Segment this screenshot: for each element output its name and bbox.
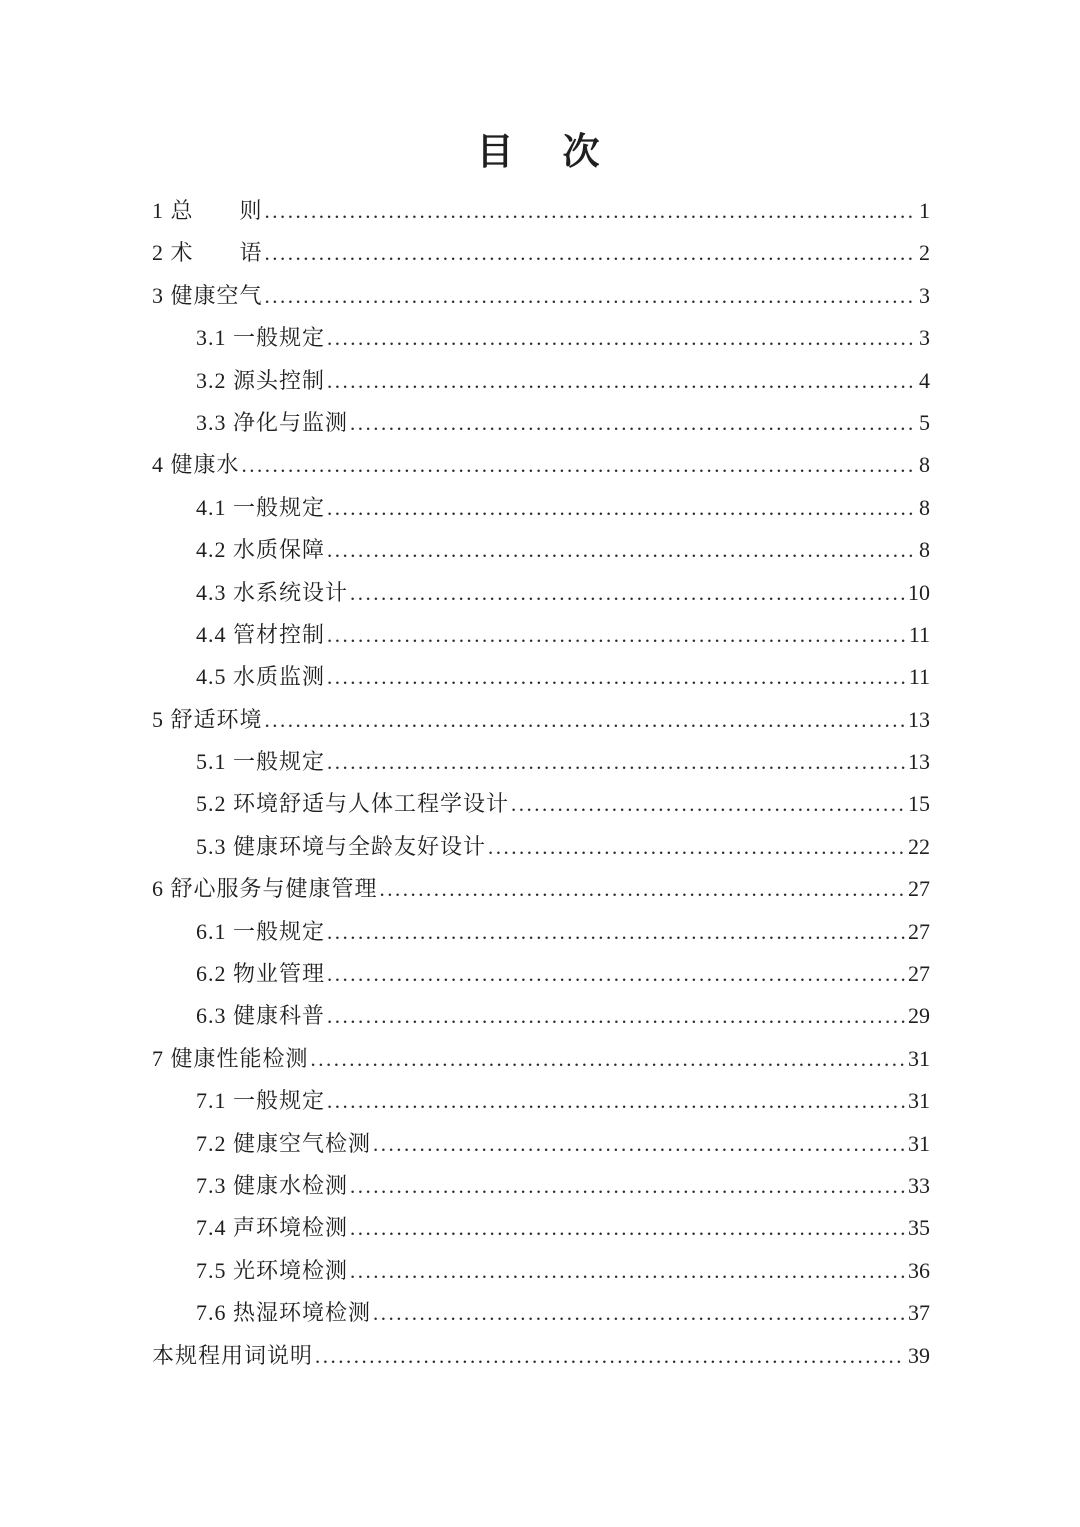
toc-entry-page: 13 xyxy=(908,707,930,733)
toc-entry: 4.4 管材控制 11 xyxy=(152,618,930,660)
toc-entry-label: 6.1 一般规定 xyxy=(196,915,325,946)
dot-leader xyxy=(350,410,913,436)
toc-entry: 2 术 语 2 xyxy=(152,236,930,278)
toc-entry-page: 22 xyxy=(908,834,930,860)
dot-leader xyxy=(350,1215,905,1241)
dot-leader xyxy=(327,749,905,775)
toc-entry: 7.4 声环境检测 35 xyxy=(152,1211,930,1253)
toc-entry-page: 5 xyxy=(916,410,930,436)
toc-entry-label: 7 健康性能检测 xyxy=(152,1042,309,1073)
dot-leader xyxy=(327,622,906,648)
toc-entry: 4.3 水系统设计 10 xyxy=(152,576,930,618)
dot-leader xyxy=(265,240,913,266)
dot-leader xyxy=(327,1003,905,1029)
toc-entry: 4.2 水质保障 8 xyxy=(152,533,930,575)
toc-entry: 5.3 健康环境与全龄友好设计 22 xyxy=(152,830,930,872)
toc-entry-page: 31 xyxy=(908,1046,930,1072)
toc-entry-page: 31 xyxy=(908,1131,930,1157)
toc-entry-label: 7.4 声环境检测 xyxy=(196,1211,348,1242)
toc-entry: 4.1 一般规定 8 xyxy=(152,491,930,533)
toc-entry-page: 33 xyxy=(908,1173,930,1199)
toc-entry-page: 11 xyxy=(909,664,930,690)
dot-leader xyxy=(265,707,905,733)
toc-entry-label: 本规程用词说明 xyxy=(152,1339,313,1370)
toc-entry-page: 4 xyxy=(916,368,930,394)
toc-entry-label: 2 术 语 xyxy=(152,236,263,267)
dot-leader xyxy=(350,580,905,606)
toc-entry-page: 27 xyxy=(908,919,930,945)
toc-entry-page: 3 xyxy=(916,325,930,351)
toc-entry: 5 舒适环境 13 xyxy=(152,703,930,745)
dot-leader xyxy=(327,1088,905,1114)
dot-leader xyxy=(350,1173,905,1199)
dot-leader xyxy=(327,961,905,987)
toc-entry-page: 13 xyxy=(908,749,930,775)
toc-entry-label: 4.4 管材控制 xyxy=(196,618,325,649)
document-page: 目 次 1 总 则 1 2 术 语 2 3 健康空气 3 3.1 一般规定 3 … xyxy=(0,0,1080,1527)
toc-entry: 7.5 光环境检测 36 xyxy=(152,1254,930,1296)
toc-entry-label: 5.1 一般规定 xyxy=(196,745,325,776)
toc-entry-page: 36 xyxy=(908,1258,930,1284)
dot-leader xyxy=(327,325,913,351)
dot-leader xyxy=(327,537,913,563)
toc-entry-label: 5.3 健康环境与全龄友好设计 xyxy=(196,830,486,861)
toc-entry-page: 3 xyxy=(916,283,930,309)
toc-entry: 6 舒心服务与健康管理 27 xyxy=(152,872,930,914)
toc-entry: 7.1 一般规定 31 xyxy=(152,1084,930,1126)
toc-entry-label: 4 健康水 xyxy=(152,448,240,479)
toc-entry: 本规程用词说明 39 xyxy=(152,1339,930,1381)
toc-entry-page: 39 xyxy=(908,1343,930,1369)
dot-leader xyxy=(511,791,905,817)
toc-entry-label: 7.5 光环境检测 xyxy=(196,1254,348,1285)
toc-entry: 7 健康性能检测 31 xyxy=(152,1042,930,1084)
toc-entry: 4 健康水 8 xyxy=(152,448,930,490)
toc-entry-label: 7.2 健康空气检测 xyxy=(196,1127,371,1158)
toc-entry-label: 6 舒心服务与健康管理 xyxy=(152,872,378,903)
dot-leader xyxy=(311,1046,905,1072)
dot-leader xyxy=(242,452,913,478)
toc-entry-label: 4.3 水系统设计 xyxy=(196,576,348,607)
toc-entry-label: 6.2 物业管理 xyxy=(196,957,325,988)
toc-entry-label: 3 健康空气 xyxy=(152,279,263,310)
toc-entry-page: 27 xyxy=(908,961,930,987)
toc-entry-label: 4.2 水质保障 xyxy=(196,533,325,564)
dot-leader xyxy=(265,198,913,224)
toc-entry-label: 4.1 一般规定 xyxy=(196,491,325,522)
toc-entry: 3.2 源头控制 4 xyxy=(152,364,930,406)
toc-entry: 3.1 一般规定 3 xyxy=(152,321,930,363)
dot-leader xyxy=(265,283,913,309)
dot-leader xyxy=(327,368,913,394)
toc-entry-label: 5 舒适环境 xyxy=(152,703,263,734)
dot-leader xyxy=(373,1131,905,1157)
table-of-contents: 1 总 则 1 2 术 语 2 3 健康空气 3 3.1 一般规定 3 3.2 … xyxy=(152,194,930,1381)
toc-entry: 4.5 水质监测 11 xyxy=(152,660,930,702)
toc-entry-page: 1 xyxy=(916,198,930,224)
toc-entry-page: 15 xyxy=(908,791,930,817)
toc-entry: 7.6 热湿环境检测 37 xyxy=(152,1296,930,1338)
toc-entry-label: 7.3 健康水检测 xyxy=(196,1169,348,1200)
toc-entry-page: 27 xyxy=(908,876,930,902)
toc-entry-page: 35 xyxy=(908,1215,930,1241)
toc-entry-page: 31 xyxy=(908,1088,930,1114)
toc-entry-label: 6.3 健康科普 xyxy=(196,999,325,1030)
toc-entry-label: 7.1 一般规定 xyxy=(196,1084,325,1115)
toc-entry: 3 健康空气 3 xyxy=(152,279,930,321)
toc-entry-label: 3.2 源头控制 xyxy=(196,364,325,395)
dot-leader xyxy=(488,834,905,860)
dot-leader xyxy=(327,495,913,521)
toc-entry: 3.3 净化与监测 5 xyxy=(152,406,930,448)
toc-title: 目 次 xyxy=(152,128,930,178)
toc-entry-label: 7.6 热湿环境检测 xyxy=(196,1296,371,1327)
toc-entry: 5.1 一般规定 13 xyxy=(152,745,930,787)
toc-entry: 1 总 则 1 xyxy=(152,194,930,236)
toc-entry: 6.1 一般规定 27 xyxy=(152,915,930,957)
toc-entry: 6.2 物业管理 27 xyxy=(152,957,930,999)
dot-leader xyxy=(327,919,905,945)
toc-entry-page: 29 xyxy=(908,1003,930,1029)
toc-entry-label: 3.1 一般规定 xyxy=(196,321,325,352)
toc-entry: 5.2 环境舒适与人体工程学设计 15 xyxy=(152,787,930,829)
toc-entry-page: 10 xyxy=(908,580,930,606)
toc-entry-label: 4.5 水质监测 xyxy=(196,660,325,691)
dot-leader xyxy=(315,1343,905,1369)
toc-entry-page: 8 xyxy=(916,452,930,478)
toc-entry-page: 8 xyxy=(916,495,930,521)
toc-entry-page: 2 xyxy=(916,240,930,266)
dot-leader xyxy=(350,1258,905,1284)
toc-entry-label: 1 总 则 xyxy=(152,194,263,225)
toc-entry: 7.2 健康空气检测 31 xyxy=(152,1127,930,1169)
dot-leader xyxy=(327,664,906,690)
dot-leader xyxy=(373,1300,905,1326)
toc-entry: 6.3 健康科普 29 xyxy=(152,999,930,1041)
toc-entry-label: 5.2 环境舒适与人体工程学设计 xyxy=(196,787,509,818)
dot-leader xyxy=(380,876,905,902)
toc-entry-page: 37 xyxy=(908,1300,930,1326)
toc-entry-page: 11 xyxy=(909,622,930,648)
toc-entry: 7.3 健康水检测 33 xyxy=(152,1169,930,1211)
toc-entry-page: 8 xyxy=(916,537,930,563)
toc-entry-label: 3.3 净化与监测 xyxy=(196,406,348,437)
